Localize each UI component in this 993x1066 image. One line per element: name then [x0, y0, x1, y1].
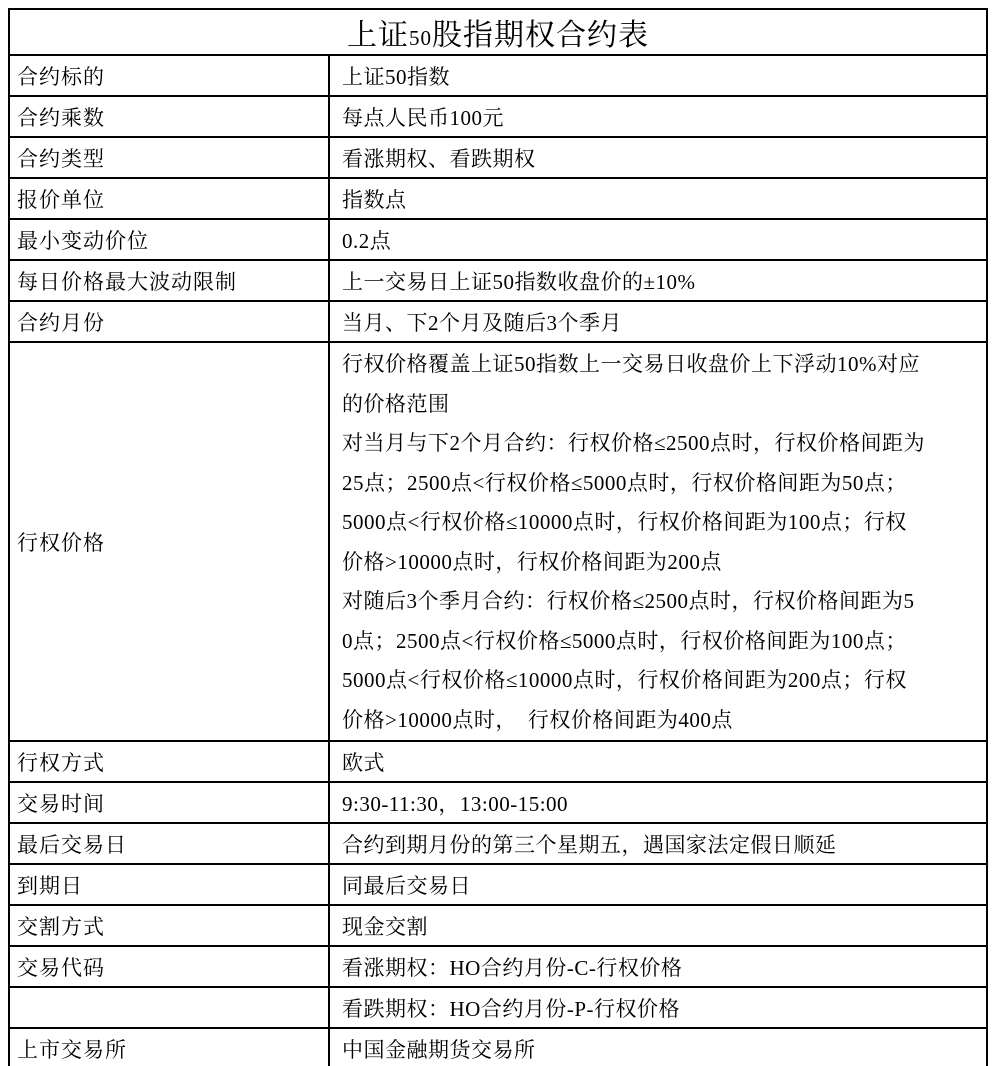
- row-value: 欧式: [329, 741, 987, 782]
- row-value: 上一交易日上证50指数收盘价的±10%: [329, 260, 987, 301]
- title-number: 50: [409, 26, 432, 50]
- table-row-tick-size: 最小变动价位 0.2点: [9, 219, 987, 260]
- row-label: 最后交易日: [9, 823, 329, 864]
- document-page: 上证50股指期权合约表 合约标的 上证50指数 合约乘数 每点人民币100元 合…: [8, 8, 986, 1066]
- table-row-listing-exchange: 上市交易所 中国金融期货交易所: [9, 1028, 987, 1066]
- row-value: 同最后交易日: [329, 864, 987, 905]
- row-label: 合约类型: [9, 137, 329, 178]
- row-value: 看跌期权：HO合约月份-P-行权价格: [329, 987, 987, 1028]
- row-value: 合约到期月份的第三个星期五，遇国家法定假日顺延: [329, 823, 987, 864]
- table-row-ticker-call: 交易代码 看涨期权：HO合约月份-C-行权价格: [9, 946, 987, 987]
- row-label: 交易代码: [9, 946, 329, 987]
- title-prefix: 上证: [347, 19, 409, 52]
- row-value: 中国金融期货交易所: [329, 1028, 987, 1066]
- table-row-daily-limit: 每日价格最大波动限制 上一交易日上证50指数收盘价的±10%: [9, 260, 987, 301]
- table-row-contract-months: 合约月份 当月、下2个月及随后3个季月: [9, 301, 987, 342]
- row-value: 看涨期权：HO合约月份-C-行权价格: [329, 946, 987, 987]
- row-label: 行权方式: [9, 741, 329, 782]
- table-row-trading-hours: 交易时间 9:30-11:30，13:00-15:00: [9, 782, 987, 823]
- row-label: 上市交易所: [9, 1028, 329, 1066]
- row-label: 合约乘数: [9, 96, 329, 137]
- row-value: 看涨期权、看跌期权: [329, 137, 987, 178]
- row-label: 交割方式: [9, 905, 329, 946]
- row-value: 指数点: [329, 178, 987, 219]
- row-value: 每点人民币100元: [329, 96, 987, 137]
- table-row-contract-type: 合约类型 看涨期权、看跌期权: [9, 137, 987, 178]
- title-row: 上证50股指期权合约表: [9, 9, 987, 55]
- table-row-settlement-method: 交割方式 现金交割: [9, 905, 987, 946]
- table-row-strike-price: 行权价格 行权价格覆盖上证50指数上一交易日收盘价上下浮动10%对应 的价格范围…: [9, 342, 987, 741]
- contract-spec-table: 上证50股指期权合约表 合约标的 上证50指数 合约乘数 每点人民币100元 合…: [8, 8, 988, 1066]
- row-label: [9, 987, 329, 1028]
- table-row-multiplier: 合约乘数 每点人民币100元: [9, 96, 987, 137]
- row-value: 行权价格覆盖上证50指数上一交易日收盘价上下浮动10%对应 的价格范围 对当月与…: [329, 342, 987, 741]
- row-label: 行权价格: [9, 342, 329, 741]
- row-value: 上证50指数: [329, 55, 987, 96]
- row-value: 现金交割: [329, 905, 987, 946]
- row-value: 9:30-11:30，13:00-15:00: [329, 782, 987, 823]
- table-row-expiry-date: 到期日 同最后交易日: [9, 864, 987, 905]
- row-label: 每日价格最大波动限制: [9, 260, 329, 301]
- row-label: 到期日: [9, 864, 329, 905]
- row-label: 合约标的: [9, 55, 329, 96]
- row-label: 最小变动价位: [9, 219, 329, 260]
- row-label: 合约月份: [9, 301, 329, 342]
- row-label: 报价单位: [9, 178, 329, 219]
- table-row-last-trading-day: 最后交易日 合约到期月份的第三个星期五，遇国家法定假日顺延: [9, 823, 987, 864]
- table-row-ticker-put: 看跌期权：HO合约月份-P-行权价格: [9, 987, 987, 1028]
- title-suffix: 股指期权合约表: [432, 19, 649, 52]
- row-value: 0.2点: [329, 219, 987, 260]
- row-value: 当月、下2个月及随后3个季月: [329, 301, 987, 342]
- table-row-quote-unit: 报价单位 指数点: [9, 178, 987, 219]
- table-title: 上证50股指期权合约表: [9, 9, 987, 55]
- row-label: 交易时间: [9, 782, 329, 823]
- table-row-underlying: 合约标的 上证50指数: [9, 55, 987, 96]
- table-row-exercise-style: 行权方式 欧式: [9, 741, 987, 782]
